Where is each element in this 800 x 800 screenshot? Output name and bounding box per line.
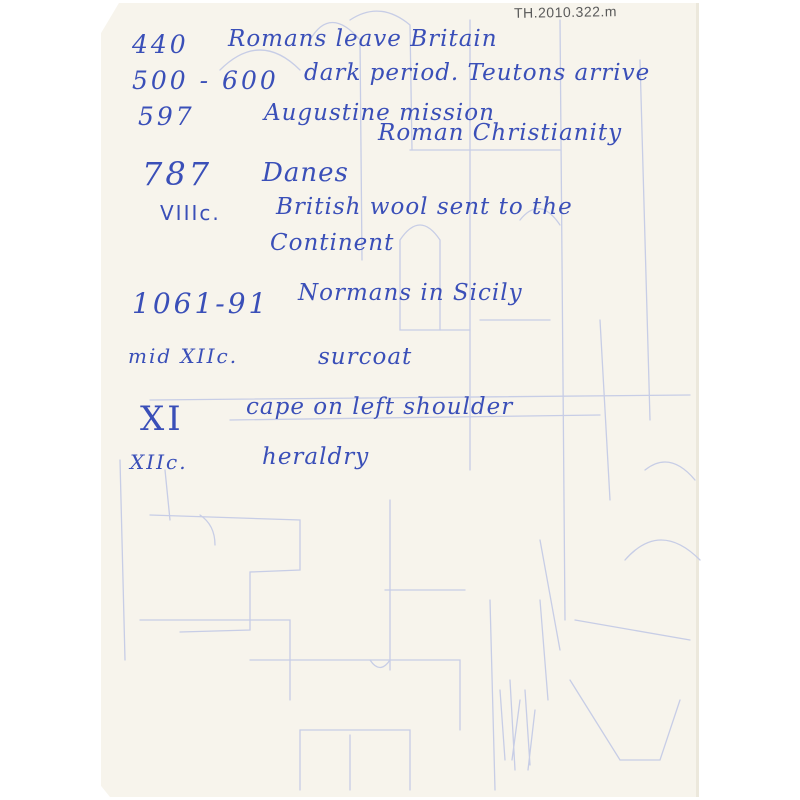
entry-text: British wool sent to the	[276, 196, 573, 219]
accession-number: TH.2010.322.m	[514, 3, 617, 21]
entry-text: dark period. Teutons arrive	[304, 62, 650, 85]
entry-date: XIIc.	[130, 452, 188, 472]
entry-text: Danes	[262, 160, 349, 186]
entry-text: Romans leave Britain	[228, 28, 498, 51]
entry-date: 787	[142, 158, 212, 190]
entry-date: 500 - 600	[132, 68, 279, 93]
entry-text: heraldry	[262, 446, 369, 469]
scanned-document: TH.2010.322.m 440 Romans leave Britain 5…	[0, 0, 800, 800]
entry-date: 597	[138, 104, 195, 129]
entry-text: cape on left shoulder	[246, 396, 513, 419]
entry-date: XI	[140, 402, 184, 436]
entry-date: 1061-91	[132, 290, 269, 318]
entry-text: Normans in Sicily	[298, 282, 523, 305]
entry-text: surcoat	[318, 346, 412, 369]
entry-text-continued: Roman Christianity	[378, 122, 622, 145]
entry-date: 440	[132, 32, 189, 57]
entry-date: mid XIIc.	[128, 346, 238, 366]
entry-text-continued: Continent	[270, 232, 394, 255]
entry-date: VIIIc.	[160, 203, 221, 223]
